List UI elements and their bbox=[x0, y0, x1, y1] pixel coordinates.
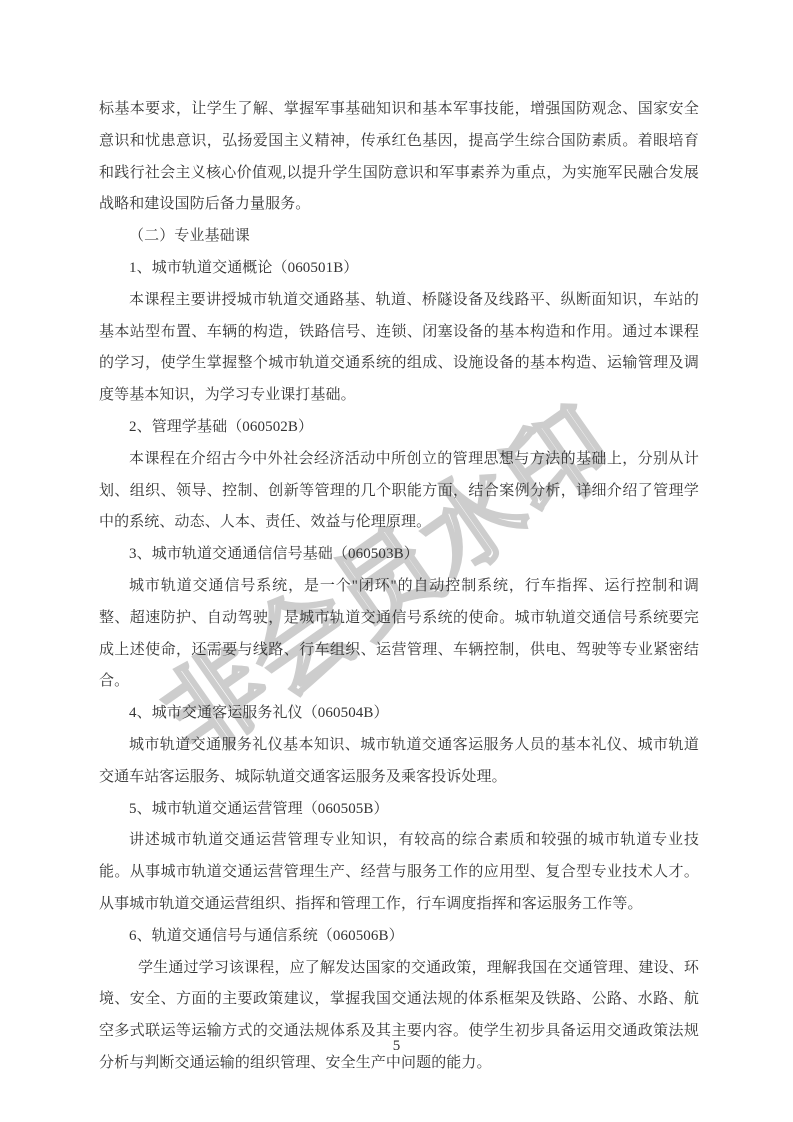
page-number: 5 bbox=[0, 1036, 793, 1056]
course-description-6: 学生通过学习该课程，应了解发达国家的交通政策，理解我国在交通管理、建设、环境、安… bbox=[99, 953, 699, 1080]
course-title-3: 3、城市轨道交通通信信号基础（060503B） bbox=[99, 539, 699, 571]
course-title-6: 6、轨道交通信号与通信系统（060506B） bbox=[99, 921, 699, 953]
course-title-2: 2、管理学基础（060502B） bbox=[99, 412, 699, 444]
course-title-4: 4、城市交通客运服务礼仪（060504B） bbox=[99, 698, 699, 730]
section-heading: （二）专业基础课 bbox=[99, 221, 699, 253]
course-description-2: 本课程在介绍古今中外社会经济活动中所创立的管理思想与方法的基础上，分别从计划、组… bbox=[99, 444, 699, 539]
course-title-1: 1、城市轨道交通概论（060501B） bbox=[99, 253, 699, 285]
course-description-4: 城市轨道交通服务礼仪基本知识、城市轨道交通客运服务人员的基本礼仪、城市轨道交通车… bbox=[99, 730, 699, 794]
document-page-root: { "page": { "number": "5", "watermark": … bbox=[0, 0, 793, 1122]
course-description-5: 讲述城市轨道交通运营管理专业知识，有较高的综合素质和较强的城市轨道专业技能。从事… bbox=[99, 825, 699, 920]
paragraph-continued: 标基本要求，让学生了解、掌握军事基础知识和基本军事技能，增强国防观念、国家安全意… bbox=[99, 94, 699, 221]
course-title-5: 5、城市轨道交通运营管理（060505B） bbox=[99, 794, 699, 826]
document-content: 标基本要求，让学生了解、掌握军事基础知识和基本军事技能，增强国防观念、国家安全意… bbox=[99, 94, 699, 1080]
course-description-1: 本课程主要讲授城市轨道交通路基、轨道、桥隧设备及线路平、纵断面知识，车站的基本站… bbox=[99, 285, 699, 412]
course-description-3: 城市轨道交通信号系统，是一个"闭环"的自动控制系统，行车指挥、运行控制和调整、超… bbox=[99, 571, 699, 698]
document-page: 非会员水印 标基本要求，让学生了解、掌握军事基础知识和基本军事技能，增强国防观念… bbox=[0, 0, 793, 1122]
